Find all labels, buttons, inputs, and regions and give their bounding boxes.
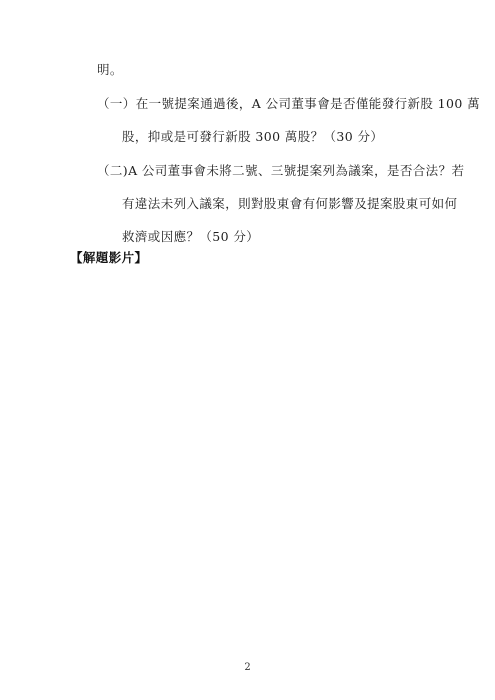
solution-video-heading: 【解題影片】 — [70, 250, 147, 266]
question-two-line-2: 有違法未列入議案，則對股東會有何影響及提案股東可如何 — [122, 196, 457, 212]
question-two-line-3: 救濟或因應？（50 分） — [122, 229, 259, 245]
paragraph-closing-line: 明。 — [97, 62, 123, 78]
question-one-line-2: 股，抑或是可發行新股 300 萬股？（30 分） — [122, 129, 383, 145]
question-one-line-1: （一）在一號提案通過後，A 公司董事會是否僅能發行新股 100 萬 — [97, 96, 480, 112]
question-two-line-1: （二)A 公司董事會未將二號、三號提案列為議案，是否合法？若 — [97, 163, 464, 179]
page-number: 2 — [0, 662, 495, 673]
document-page: 明。 （一）在一號提案通過後，A 公司董事會是否僅能發行新股 100 萬 股，抑… — [0, 0, 495, 700]
